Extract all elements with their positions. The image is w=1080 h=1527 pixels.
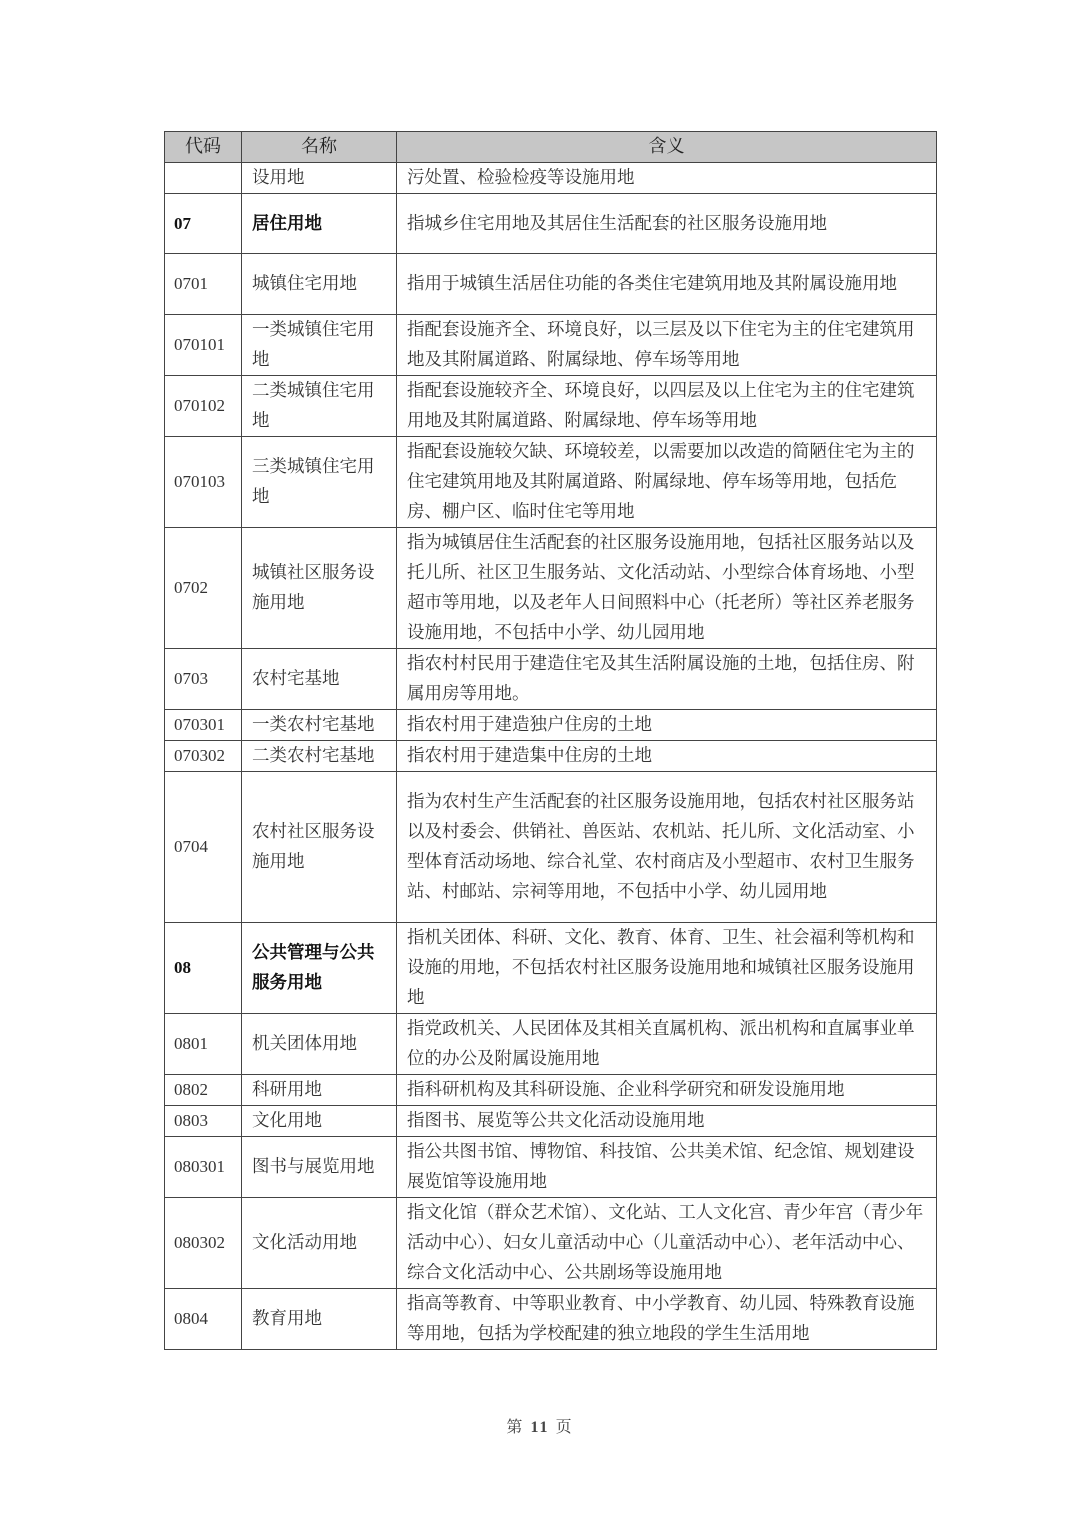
row-code: 0801 — [165, 1014, 242, 1075]
row-meaning: 指城乡住宅用地及其居住生活配套的社区服务设施用地 — [397, 194, 937, 254]
row-code: 08 — [165, 923, 242, 1014]
table-row: 07居住用地指城乡住宅用地及其居住生活配套的社区服务设施用地 — [165, 194, 937, 254]
row-meaning: 指配套设施较欠缺、环境较差，以需要加以改造的简陋住宅为主的住宅建筑用地及其附属道… — [397, 437, 937, 528]
row-code: 070102 — [165, 376, 242, 437]
row-code: 070101 — [165, 315, 242, 376]
row-meaning: 污处置、检验检疫等设施用地 — [397, 163, 937, 194]
table-row: 070103三类城镇住宅用地指配套设施较欠缺、环境较差，以需要加以改造的简陋住宅… — [165, 437, 937, 528]
row-meaning: 指农村用于建造独户住房的土地 — [397, 710, 937, 741]
page-footer: 第11页 — [0, 1414, 1080, 1437]
row-code: 0804 — [165, 1289, 242, 1350]
row-meaning: 指用于城镇生活居住功能的各类住宅建筑用地及其附属设施用地 — [397, 254, 937, 315]
row-code: 080302 — [165, 1198, 242, 1289]
row-name: 三类城镇住宅用地 — [242, 437, 397, 528]
row-name: 农村社区服务设施用地 — [242, 772, 397, 923]
row-code: 0701 — [165, 254, 242, 315]
row-meaning: 指配套设施齐全、环境良好，以三层及以下住宅为主的住宅建筑用地及其附属道路、附属绿… — [397, 315, 937, 376]
document-page: 代码 名称 含义 设用地污处置、检验检疫等设施用地07居住用地指城乡住宅用地及其… — [0, 0, 1080, 1527]
table-row: 0802科研用地指科研机构及其科研设施、企业科学研究和研发设施用地 — [165, 1075, 937, 1106]
table-row: 0803文化用地指图书、展览等公共文化活动设施用地 — [165, 1106, 937, 1137]
table-row: 070301一类农村宅基地指农村用于建造独户住房的土地 — [165, 710, 937, 741]
table-row: 0703农村宅基地指农村村民用于建造住宅及其生活附属设施的土地，包括住房、附属用… — [165, 649, 937, 710]
row-meaning: 指科研机构及其科研设施、企业科学研究和研发设施用地 — [397, 1075, 937, 1106]
row-meaning: 指配套设施较齐全、环境良好，以四层及以上住宅为主的住宅建筑用地及其附属道路、附属… — [397, 376, 937, 437]
row-meaning: 指高等教育、中等职业教育、中小学教育、幼儿园、特殊教育设施等用地，包括为学校配建… — [397, 1289, 937, 1350]
row-meaning: 指农村用于建造集中住房的土地 — [397, 741, 937, 772]
table-header-row: 代码 名称 含义 — [165, 132, 937, 163]
page-number: 11 — [530, 1419, 549, 1436]
row-meaning: 指公共图书馆、博物馆、科技馆、公共美术馆、纪念馆、规划建设展览馆等设施用地 — [397, 1137, 937, 1198]
row-name: 居住用地 — [242, 194, 397, 254]
row-name: 二类农村宅基地 — [242, 741, 397, 772]
row-code: 0703 — [165, 649, 242, 710]
table-row: 070302二类农村宅基地指农村用于建造集中住房的土地 — [165, 741, 937, 772]
row-name: 公共管理与公共服务用地 — [242, 923, 397, 1014]
table-row: 08公共管理与公共服务用地指机关团体、科研、文化、教育、体育、卫生、社会福利等机… — [165, 923, 937, 1014]
row-name: 教育用地 — [242, 1289, 397, 1350]
row-code: 0803 — [165, 1106, 242, 1137]
page-prefix: 第 — [506, 1417, 524, 1436]
row-code — [165, 163, 242, 194]
table-row: 0704农村社区服务设施用地指为农村生产生活配套的社区服务设施用地，包括农村社区… — [165, 772, 937, 923]
table-row: 0804教育用地指高等教育、中等职业教育、中小学教育、幼儿园、特殊教育设施等用地… — [165, 1289, 937, 1350]
row-name: 文化用地 — [242, 1106, 397, 1137]
table-row: 0701城镇住宅用地指用于城镇生活居住功能的各类住宅建筑用地及其附属设施用地 — [165, 254, 937, 315]
row-name: 文化活动用地 — [242, 1198, 397, 1289]
row-name: 设用地 — [242, 163, 397, 194]
table-row: 070101一类城镇住宅用地指配套设施齐全、环境良好，以三层及以下住宅为主的住宅… — [165, 315, 937, 376]
header-meaning: 含义 — [397, 132, 937, 163]
row-code: 070302 — [165, 741, 242, 772]
row-code: 080301 — [165, 1137, 242, 1198]
page-suffix: 页 — [556, 1417, 574, 1436]
row-code: 0802 — [165, 1075, 242, 1106]
row-meaning: 指文化馆（群众艺术馆）、文化站、工人文化宫、青少年宫（青少年活动中心）、妇女儿童… — [397, 1198, 937, 1289]
header-code: 代码 — [165, 132, 242, 163]
row-code: 070103 — [165, 437, 242, 528]
row-name: 图书与展览用地 — [242, 1137, 397, 1198]
table-row: 0801机关团体用地指党政机关、人民团体及其相关直属机构、派出机构和直属事业单位… — [165, 1014, 937, 1075]
row-code: 07 — [165, 194, 242, 254]
table-row: 070102二类城镇住宅用地指配套设施较齐全、环境良好，以四层及以上住宅为主的住… — [165, 376, 937, 437]
row-name: 城镇住宅用地 — [242, 254, 397, 315]
row-meaning: 指农村村民用于建造住宅及其生活附属设施的土地，包括住房、附属用房等用地。 — [397, 649, 937, 710]
row-name: 农村宅基地 — [242, 649, 397, 710]
row-meaning: 指机关团体、科研、文化、教育、体育、卫生、社会福利等机构和设施的用地，不包括农村… — [397, 923, 937, 1014]
land-use-classification-table: 代码 名称 含义 设用地污处置、检验检疫等设施用地07居住用地指城乡住宅用地及其… — [164, 131, 937, 1350]
table-row: 设用地污处置、检验检疫等设施用地 — [165, 163, 937, 194]
row-code: 0702 — [165, 528, 242, 649]
row-name: 一类农村宅基地 — [242, 710, 397, 741]
table-row: 080301图书与展览用地指公共图书馆、博物馆、科技馆、公共美术馆、纪念馆、规划… — [165, 1137, 937, 1198]
table-body: 设用地污处置、检验检疫等设施用地07居住用地指城乡住宅用地及其居住生活配套的社区… — [165, 163, 937, 1350]
row-meaning: 指党政机关、人民团体及其相关直属机构、派出机构和直属事业单位的办公及附属设施用地 — [397, 1014, 937, 1075]
row-name: 一类城镇住宅用地 — [242, 315, 397, 376]
row-meaning: 指为农村生产生活配套的社区服务设施用地，包括农村社区服务站以及村委会、供销社、兽… — [397, 772, 937, 923]
row-name: 机关团体用地 — [242, 1014, 397, 1075]
row-code: 0704 — [165, 772, 242, 923]
table-row: 0702城镇社区服务设施用地指为城镇居住生活配套的社区服务设施用地，包括社区服务… — [165, 528, 937, 649]
row-meaning: 指为城镇居住生活配套的社区服务设施用地，包括社区服务站以及托儿所、社区卫生服务站… — [397, 528, 937, 649]
row-meaning: 指图书、展览等公共文化活动设施用地 — [397, 1106, 937, 1137]
row-code: 070301 — [165, 710, 242, 741]
row-name: 城镇社区服务设施用地 — [242, 528, 397, 649]
header-name: 名称 — [242, 132, 397, 163]
table-row: 080302文化活动用地指文化馆（群众艺术馆）、文化站、工人文化宫、青少年宫（青… — [165, 1198, 937, 1289]
row-name: 二类城镇住宅用地 — [242, 376, 397, 437]
row-name: 科研用地 — [242, 1075, 397, 1106]
